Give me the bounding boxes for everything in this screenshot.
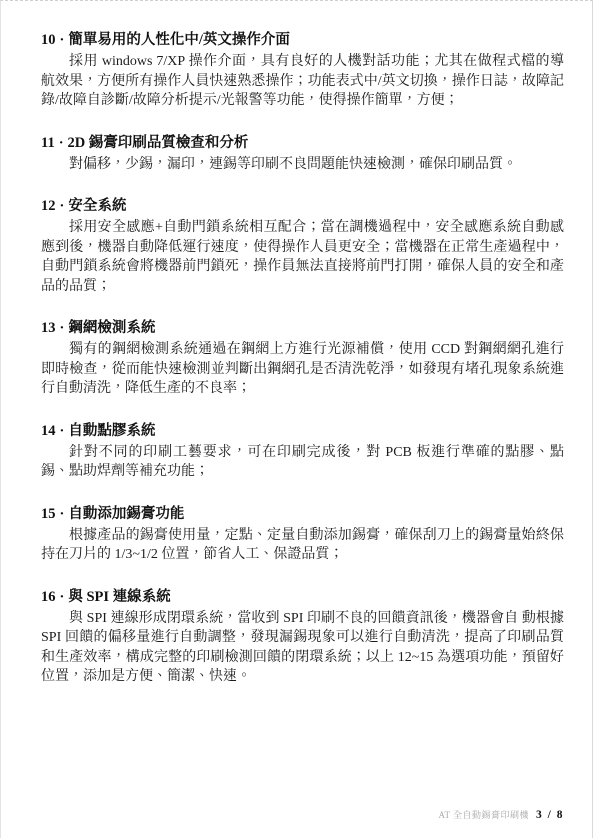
- section-number: 10: [41, 32, 56, 48]
- section-heading: 15·自動添加錫膏功能: [41, 504, 564, 524]
- section-14: 14·自動點膠系統 針對不同的印刷工藝要求，可在印刷完成後，對 PCB 板進行準…: [41, 421, 564, 482]
- document-page: 10·簡單易用的人性化中/英文操作介面 採用 windows 7/XP 操作介面…: [0, 0, 593, 838]
- section-10: 10·簡單易用的人性化中/英文操作介面 採用 windows 7/XP 操作介面…: [41, 30, 564, 111]
- section-15: 15·自動添加錫膏功能 根據產品的錫膏使用量，定點、定量自動添加錫膏，確保刮刀上…: [41, 504, 564, 565]
- section-13: 13·鋼網檢測系統 獨有的鋼網檢測系統通過在鋼網上方進行光源補償，使用 CCD …: [41, 318, 564, 399]
- section-title: 安全系統: [68, 198, 126, 214]
- section-separator: ·: [55, 135, 68, 151]
- page-footer: AT 全自動錫膏印刷機3 / 8: [438, 805, 564, 823]
- section-number: 15: [41, 506, 56, 522]
- section-heading: 14·自動點膠系統: [41, 421, 564, 441]
- section-number: 11: [41, 135, 55, 151]
- section-number: 12: [41, 198, 56, 214]
- section-title: 自動添加錫膏功能: [68, 506, 184, 522]
- section-title: 2D 錫膏印刷品質檢查和分析: [68, 135, 249, 151]
- section-title: 與 SPI 連線系統: [68, 589, 170, 605]
- section-16: 16·與 SPI 連線系統 與 SPI 連線形成閉環系統，當收到 SPI 印刷不…: [41, 587, 564, 687]
- section-separator: ·: [56, 198, 69, 214]
- section-heading: 12·安全系統: [41, 196, 564, 216]
- section-heading: 16·與 SPI 連線系統: [41, 587, 564, 607]
- section-body: 根據產品的錫膏使用量，定點、定量自動添加錫膏，確保刮刀上的錫膏量始終保持在刀片的…: [41, 526, 564, 565]
- section-body: 獨有的鋼網檢測系統通過在鋼網上方進行光源補償，使用 CCD 對鋼網網孔進行即時檢…: [41, 340, 564, 399]
- section-title: 自動點膠系統: [68, 423, 155, 439]
- section-body: 針對不同的印刷工藝要求，可在印刷完成後，對 PCB 板進行準確的點膠、點錫、點助…: [41, 443, 564, 482]
- section-body: 對偏移，少錫，漏印，連錫等印刷不良問題能快速檢測，確保印刷品質。: [41, 155, 564, 175]
- section-number: 13: [41, 320, 56, 336]
- section-heading: 11·2D 錫膏印刷品質檢查和分析: [41, 133, 564, 153]
- section-separator: ·: [56, 589, 69, 605]
- section-body: 採用 windows 7/XP 操作介面，具有良好的人機對話功能；尤其在做程式檔…: [41, 52, 564, 111]
- section-separator: ·: [56, 423, 69, 439]
- section-title: 鋼網檢測系統: [68, 320, 155, 336]
- section-11: 11·2D 錫膏印刷品質檢查和分析 對偏移，少錫，漏印，連錫等印刷不良問題能快速…: [41, 133, 564, 175]
- footer-page-indicator: 3 / 8: [536, 809, 564, 821]
- section-body: 採用安全感應+自動門鎖系統相互配合；當在調機過程中，安全感應系統自動感應到後，機…: [41, 218, 564, 296]
- section-number: 14: [41, 423, 56, 439]
- section-12: 12·安全系統 採用安全感應+自動門鎖系統相互配合；當在調機過程中，安全感應系統…: [41, 196, 564, 296]
- section-separator: ·: [56, 506, 69, 522]
- section-separator: ·: [56, 32, 69, 48]
- section-title: 簡單易用的人性化中/英文操作介面: [68, 32, 290, 48]
- section-number: 16: [41, 589, 56, 605]
- section-separator: ·: [56, 320, 69, 336]
- section-heading: 10·簡單易用的人性化中/英文操作介面: [41, 30, 564, 50]
- footer-doc-title: AT 全自動錫膏印刷機: [438, 810, 529, 820]
- section-body: 與 SPI 連線形成閉環系統，當收到 SPI 印刷不良的回饋資訊後，機器會自 動…: [41, 609, 564, 687]
- section-heading: 13·鋼網檢測系統: [41, 318, 564, 338]
